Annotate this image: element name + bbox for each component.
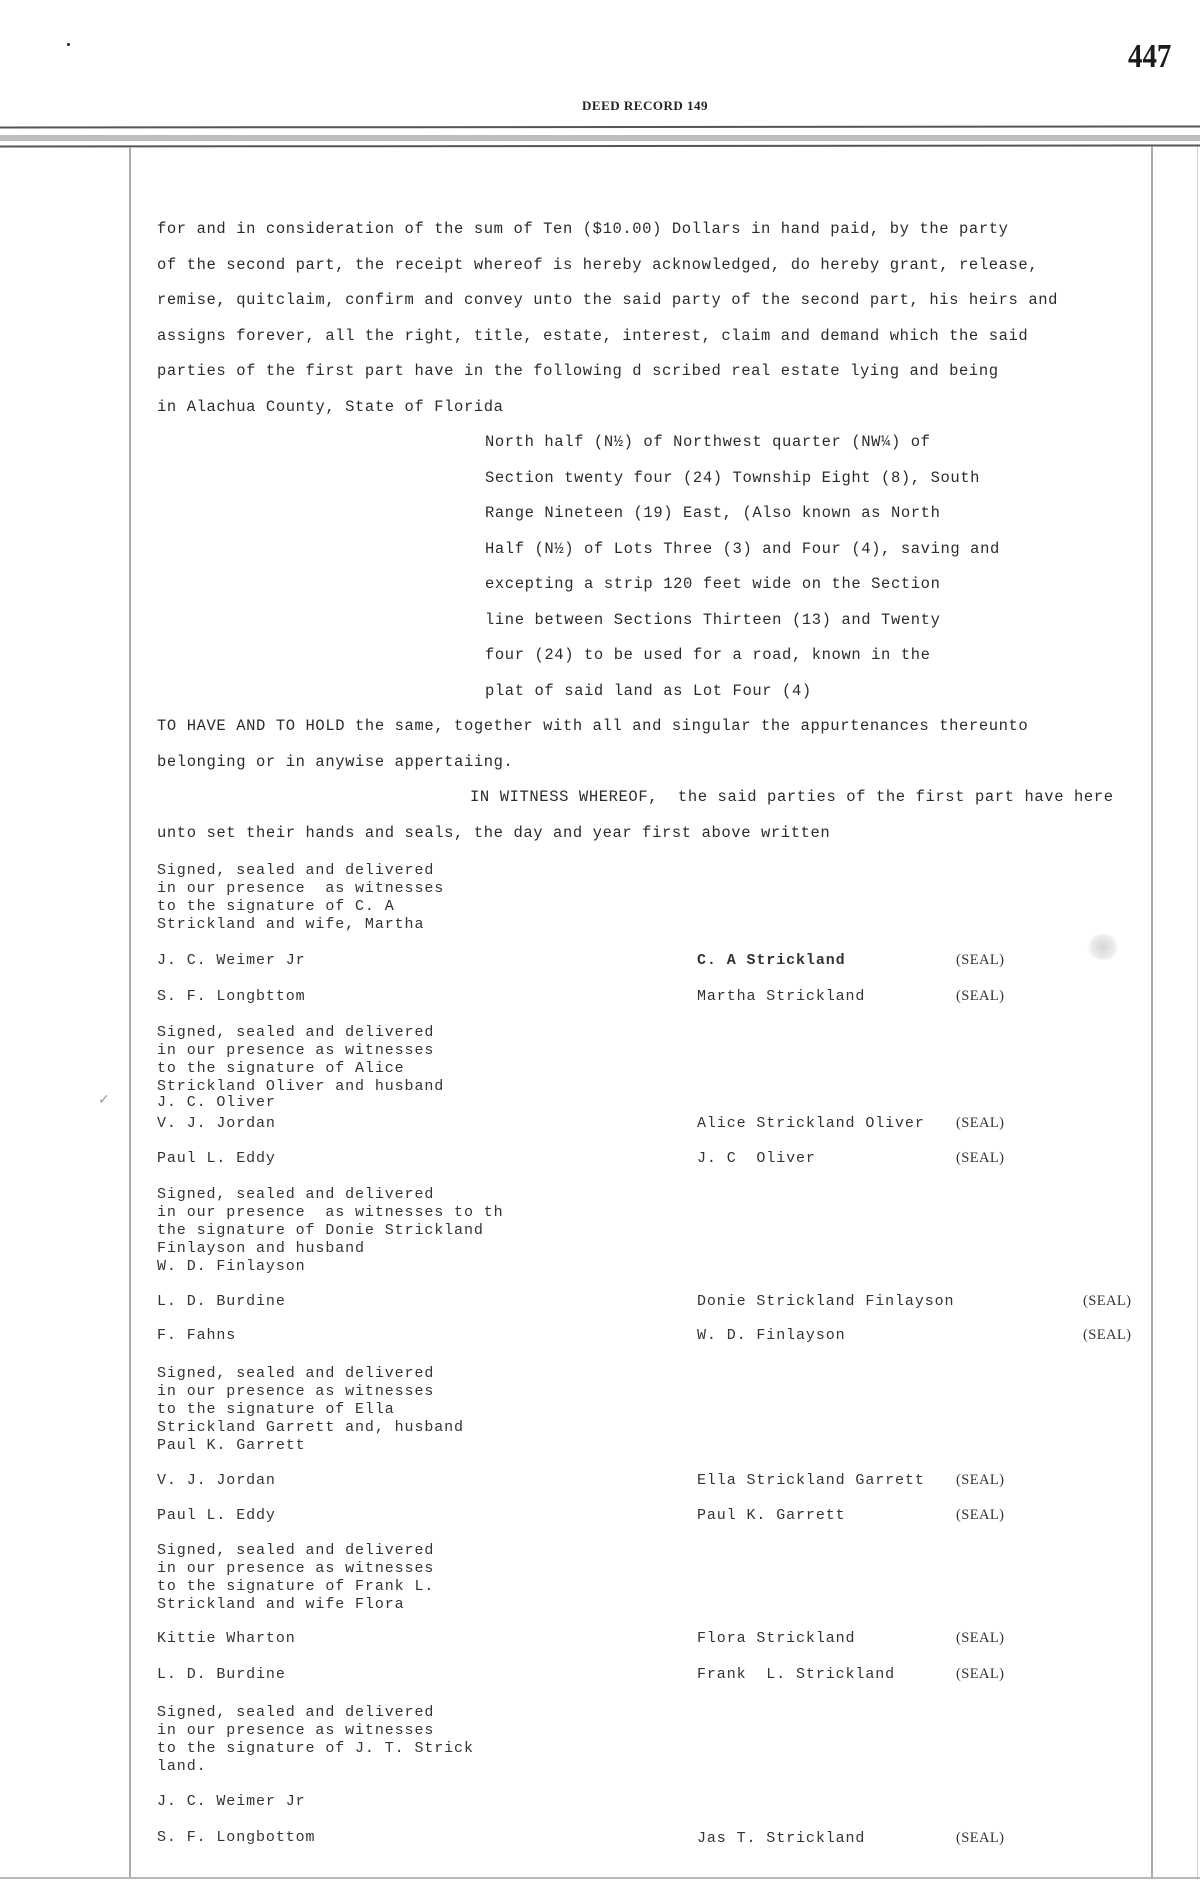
record-book-title: DEED RECORD 149 bbox=[0, 98, 1200, 114]
attestation-line: Signed, sealed and delivered bbox=[157, 1542, 434, 1560]
left-margin-line bbox=[129, 147, 131, 1879]
seal-label: (SEAL) bbox=[956, 988, 1004, 1005]
bottom-rule bbox=[0, 1877, 1200, 1879]
habendum-line: belonging or in anywise appertaiing. bbox=[157, 753, 513, 771]
attestation-line: Signed, sealed and delivered bbox=[157, 1704, 434, 1722]
legal-description-line: four (24) to be used for a road, known i… bbox=[485, 646, 931, 664]
legal-description-line: North half (N½) of Northwest quarter (NW… bbox=[485, 433, 931, 451]
paragraph-line: of the second part, the receipt whereof … bbox=[157, 256, 1038, 274]
signer-name: Frank L. Strickland bbox=[697, 1666, 895, 1683]
ink-dot-mark bbox=[67, 43, 70, 46]
signer-name: Donie Strickland Finlayson bbox=[697, 1293, 954, 1310]
attestation-line: in our presence as witnesses bbox=[157, 1722, 434, 1740]
legal-description-line: Section twenty four (24) Township Eight … bbox=[485, 469, 980, 487]
witness-name: Kittie Wharton bbox=[157, 1630, 296, 1647]
habendum-line: TO HAVE AND TO HOLD the same, together w… bbox=[157, 717, 1028, 735]
legal-description-line: excepting a strip 120 feet wide on the S… bbox=[485, 575, 940, 593]
paragraph-line: parties of the first part have in the fo… bbox=[157, 362, 999, 380]
witness-name: L. D. Burdine bbox=[157, 1666, 286, 1683]
witness-name: F. Fahns bbox=[157, 1327, 236, 1344]
seal-label: (SEAL) bbox=[1083, 1293, 1131, 1310]
legal-description-line: Range Nineteen (19) East, (Also known as… bbox=[485, 504, 940, 522]
attestation-line: Strickland and wife Flora bbox=[157, 1596, 405, 1614]
signer-name: Flora Strickland bbox=[697, 1630, 855, 1647]
attestation-line: Signed, sealed and delivered bbox=[157, 862, 434, 880]
attestation-line: Signed, sealed and delivered bbox=[157, 1024, 434, 1042]
attestation-line: Strickland Garrett and, husband bbox=[157, 1419, 464, 1437]
signer-name: Ella Strickland Garrett bbox=[697, 1472, 925, 1489]
attestation-line: to the signature of C. A bbox=[157, 898, 395, 916]
header-rule-band bbox=[0, 135, 1200, 141]
page-number: 447 bbox=[1128, 38, 1171, 76]
seal-label: (SEAL) bbox=[956, 1630, 1004, 1647]
seal-label: (SEAL) bbox=[956, 1830, 1004, 1847]
attestation-line: Finlayson and husband bbox=[157, 1240, 365, 1258]
signer-name: Martha Strickland bbox=[697, 988, 865, 1005]
paragraph-line: assigns forever, all the right, title, e… bbox=[157, 327, 1028, 345]
paragraph-line: in Alachua County, State of Florida bbox=[157, 398, 504, 416]
ink-smudge bbox=[1086, 934, 1120, 960]
attestation-line: Paul K. Garrett bbox=[157, 1437, 306, 1455]
paragraph-line: for and in consideration of the sum of T… bbox=[157, 220, 1009, 238]
witness-name: J. C. Weimer Jr bbox=[157, 952, 306, 969]
attestation-line: in our presence as witnesses bbox=[157, 1383, 434, 1401]
witness-name: S. F. Longbottom bbox=[157, 1829, 315, 1846]
attestation-line: in our presence as witnesses bbox=[157, 1560, 434, 1578]
witness-name: V. J. Jordan bbox=[157, 1472, 276, 1489]
attestation-line: Signed, sealed and delivered bbox=[157, 1365, 434, 1383]
attestation-line: Strickland and wife, Martha bbox=[157, 916, 424, 934]
header-rule-bottom bbox=[0, 144, 1200, 147]
header-rule-top bbox=[0, 125, 1200, 128]
seal-label: (SEAL) bbox=[956, 1507, 1004, 1524]
right-margin-line bbox=[1151, 147, 1153, 1879]
attestation-line: to the signature of Frank L. bbox=[157, 1578, 434, 1596]
signer-name: Jas T. Strickland bbox=[697, 1830, 865, 1847]
legal-description-line: plat of said land as Lot Four (4) bbox=[485, 682, 812, 700]
witness-name: V. J. Jordan bbox=[157, 1115, 276, 1132]
legal-description-line: Half (N½) of Lots Three (3) and Four (4)… bbox=[485, 540, 1000, 558]
paragraph-line: remise, quitclaim, confirm and convey un… bbox=[157, 291, 1058, 309]
attestation-line: in our presence as witnesses bbox=[157, 1042, 434, 1060]
seal-label: (SEAL) bbox=[956, 952, 1004, 969]
seal-label: (SEAL) bbox=[1083, 1327, 1131, 1344]
testimonium-line: unto set their hands and seals, the day … bbox=[157, 824, 830, 842]
signer-name: C. A Strickland bbox=[697, 952, 846, 969]
attestation-line: to the signature of J. T. Strick bbox=[157, 1740, 474, 1758]
attestation-line: the signature of Donie Strickland bbox=[157, 1222, 484, 1240]
signer-name: Paul K. Garrett bbox=[697, 1507, 846, 1524]
attestation-line: to the signature of Ella bbox=[157, 1401, 395, 1419]
witness-name: L. D. Burdine bbox=[157, 1293, 286, 1310]
witness-name: Paul L. Eddy bbox=[157, 1150, 276, 1167]
seal-label: (SEAL) bbox=[956, 1150, 1004, 1167]
witness-name: S. F. Longbttom bbox=[157, 988, 306, 1005]
attestation-line: to the signature of Alice bbox=[157, 1060, 405, 1078]
attestation-line: J. C. Oliver bbox=[157, 1094, 276, 1112]
attestation-line: in our presence as witnesses bbox=[157, 880, 444, 898]
seal-label: (SEAL) bbox=[956, 1666, 1004, 1683]
check-mark-icon: ✓ bbox=[98, 1092, 110, 1108]
page-edge-line bbox=[1197, 147, 1198, 1879]
attestation-line: W. D. Finlayson bbox=[157, 1258, 306, 1276]
signer-name: J. C Oliver bbox=[697, 1150, 816, 1167]
attestation-line: in our presence as witnesses to th bbox=[157, 1204, 504, 1222]
testimonium-line: IN WITNESS WHEREOF, the said parties of … bbox=[470, 788, 1114, 806]
seal-label: (SEAL) bbox=[956, 1472, 1004, 1489]
seal-label: (SEAL) bbox=[956, 1115, 1004, 1132]
witness-name: J. C. Weimer Jr bbox=[157, 1793, 306, 1810]
signer-name: W. D. Finlayson bbox=[697, 1327, 846, 1344]
attestation-line: Signed, sealed and delivered bbox=[157, 1186, 434, 1204]
witness-name: Paul L. Eddy bbox=[157, 1507, 276, 1524]
attestation-line: land. bbox=[157, 1758, 207, 1776]
legal-description-line: line between Sections Thirteen (13) and … bbox=[485, 611, 940, 629]
signer-name: Alice Strickland Oliver bbox=[697, 1115, 925, 1132]
